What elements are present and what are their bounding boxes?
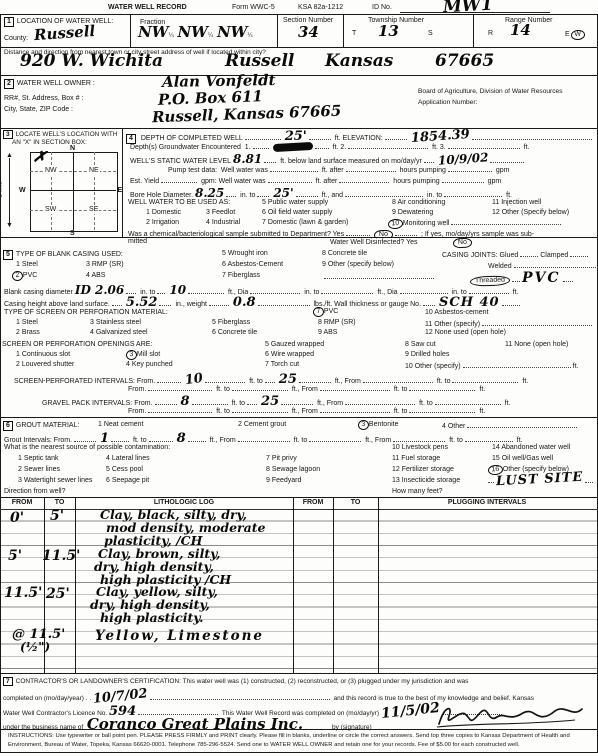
certification-line4: under the business name of Coranco Great…	[3, 716, 372, 733]
casing-option-9: 9 Other (specify below)	[322, 261, 394, 269]
opening-option-9: 9 Drilled holes	[405, 351, 449, 359]
contam-option-1: 1 Septic tank	[18, 455, 58, 463]
township-s: S	[428, 30, 433, 38]
contam-option-2: 2 Sewer lines	[18, 466, 60, 474]
est-yield-line: Est. Yield gpm: Well water was ft. after…	[130, 176, 501, 186]
grout-to-value: 8	[177, 431, 186, 446]
use-option-1: 1 Domestic	[146, 209, 181, 217]
contam-option-12: 12 Fertilizer storage	[392, 466, 454, 474]
screen-option-10: 10 Asbestos-cement	[425, 309, 488, 317]
mitted-line: mitted	[128, 238, 147, 246]
lith-row4-from-detail: (½")	[20, 640, 50, 654]
casing-option-1: 1 Steel	[16, 261, 38, 269]
joint-material-handwritten: PVC	[522, 270, 561, 286]
casing-option-2: 2PVC	[12, 271, 37, 281]
use-option-8: 8 Air conditioning	[392, 199, 445, 207]
rr-address-label: RR#, St. Address, Box # :	[4, 95, 83, 103]
county-label: County:	[4, 35, 28, 43]
dashed-line	[94, 152, 95, 230]
casing-option-5: 5 Wrought iron	[222, 250, 268, 258]
screen-option-9: 9 ABS	[318, 329, 337, 337]
contamination-question: What is the nearest source of possible c…	[4, 444, 170, 452]
screen-option-3: 3 Stainless steel	[90, 319, 141, 327]
screen-option-1: 1 Steel	[16, 319, 38, 327]
dashed-line	[30, 171, 116, 172]
opening-option-2: 2 Louvered shutter	[16, 361, 74, 369]
mile-arrow-up: ▲	[6, 152, 13, 160]
compass-s: S	[70, 230, 75, 238]
screen-option-7: 7PVC	[313, 307, 338, 317]
state-value: Kansas	[325, 52, 393, 72]
disinfected-no-circled: No	[452, 238, 471, 249]
casing-option-2-circle: 2	[12, 271, 24, 282]
bore-depth-value: 25'	[273, 186, 293, 200]
sec5-title: 5TYPE OF BLANK CASING USED:	[3, 250, 123, 260]
mile-label: 1 Mile	[0, 181, 4, 197]
use-option-10: 10Monitoring well	[388, 218, 563, 229]
use-title: WELL WATER TO BE USED AS:	[128, 199, 230, 207]
contam-option-4: 4 Lateral lines	[106, 455, 150, 463]
disinfected-line: Water Well Disinfected? Yes No	[330, 238, 472, 248]
fraction-1: NW	[138, 23, 169, 41]
screen-option-6: 6 Concrete tile	[212, 329, 257, 337]
range-ew: EW	[565, 30, 584, 40]
lith-row2-from: 5'	[8, 548, 22, 564]
opening-option-8: 8 Saw cut	[405, 341, 436, 349]
table-row-lines	[1, 509, 597, 673]
sec6-title: 6GROUT MATERIAL:	[3, 421, 79, 431]
casing-option-7: 7 Fiberglass	[222, 272, 260, 280]
gauge-value: SCH 40	[439, 295, 500, 310]
mile-arrow-line	[9, 158, 10, 224]
contam-option-8: 8 Sewage lagoon	[266, 466, 320, 474]
use-option-12: 12 Other (Specify below)	[492, 209, 569, 217]
opening-option-7: 7 Torch cut	[265, 361, 299, 369]
zip-value: 67665	[435, 52, 494, 72]
col-plugging-intervals: PLUGGING INTERVALS	[378, 499, 596, 506]
grout-option-1: 1 Neat cement	[98, 421, 144, 429]
sec2-number: 2	[4, 79, 14, 89]
sec3-number: 3	[3, 130, 13, 139]
casing-option-3: 3 RMP (SR)	[86, 261, 124, 269]
opening-option-1: 1 Continuous slot	[16, 351, 70, 359]
screen-option-8: 8 RMP (SR)	[318, 319, 356, 327]
quadrant-sw: SW	[44, 206, 57, 214]
screen-option-12: 12 None used (open hole)	[425, 329, 506, 337]
board-label: Board of Agriculture, Division of Water …	[418, 88, 563, 96]
sec6-number: 6	[3, 421, 13, 431]
opening-option-3-circle: 3	[126, 350, 138, 361]
form-number: Form WWC-5	[232, 4, 275, 12]
city-value: Russell	[225, 52, 294, 72]
opening-option-5: 5 Gauzed wrapped	[265, 341, 324, 349]
casing-height-value: 5.52	[126, 295, 158, 310]
contam-option-3: 3 Watertight sewer lines	[18, 477, 92, 485]
signature-scrawl	[435, 702, 585, 730]
opening-option-11: 11 None (open hole)	[505, 341, 568, 349]
gravel-intervals-line2: From. ft. to ft., From ft. to ft.	[128, 406, 485, 416]
lith-row4-text: Yellow, Limestone	[95, 628, 264, 644]
use-option-11: 11 Injection well	[492, 199, 541, 207]
sec1-number: 1	[4, 17, 14, 27]
use-option-5: 5 Public water supply	[262, 199, 328, 207]
mile-arrow-down: ▼	[6, 222, 13, 230]
grout-option-3-circle: 3	[358, 420, 370, 431]
contam-option-6: 6 Seepage pit	[106, 477, 149, 485]
screen-option-11: 11 Other (specify)	[425, 319, 594, 329]
compass-n: N	[70, 145, 75, 153]
range-w-circled: W	[570, 29, 584, 40]
grout-option-2: 2 Cement grout	[238, 421, 286, 429]
city-state-zip-label: City, State, ZIP Code :	[4, 106, 73, 114]
contam-option-9: 9 Feedyard	[266, 477, 301, 485]
screen-option-5: 5 Fiberglass	[212, 319, 250, 327]
casing-option-8: 8 Concrete tile	[322, 250, 367, 258]
lith-row3-from: 11.5'	[4, 585, 42, 601]
use-option-6: 6 Oil field water supply	[262, 209, 332, 217]
grout-option-4: 4 Other	[442, 421, 579, 431]
screen-intervals-line2: From. ft. to ft., From ft. to ft.	[128, 384, 485, 394]
use-option-4: 4 Industrial	[206, 219, 240, 227]
instructions-line1: INSTRUCTIONS: Use typewriter or ball poi…	[8, 733, 570, 740]
lith-row1-from: 0'	[10, 510, 24, 526]
fraction-2: NW	[177, 23, 208, 41]
bore-diameter-value: 8.25	[195, 186, 224, 200]
application-number-label: Application Number:	[418, 99, 477, 107]
owner-label: 2WATER WELL OWNER :	[4, 79, 95, 89]
certification-line1: 7CONTRACTOR'S OR LANDOWNER'S CERTIFICATI…	[3, 677, 468, 686]
dashed-line	[51, 152, 52, 230]
record-date-value: 11/5/02	[380, 700, 440, 722]
water-well-record-form: WATER WELL RECORD Form WWC-5 KSA 82a-121…	[0, 0, 598, 756]
fraction-3: NW	[217, 23, 248, 41]
sec3-title-2: AN "X" IN SECTION BOX:	[12, 139, 87, 146]
street-value: 920 W. Wichita	[20, 52, 163, 72]
casing-joints-line: CASING JOINTS: GluedClamped	[442, 250, 590, 260]
ksa-number: KSA 82a-1212	[298, 4, 343, 12]
col-from-1: FROM	[0, 499, 44, 506]
sec5-number: 5	[3, 250, 13, 260]
screen-material-title: TYPE OF SCREEN OR PERFORATION MATERIAL:	[4, 309, 168, 317]
lith-row1-to: 5'	[50, 508, 64, 524]
contam-option-5: 5 Cess pool	[106, 466, 143, 474]
quadrant-nw: NW	[44, 167, 58, 175]
range-value: 14	[510, 22, 531, 39]
section-x-mark: ✗	[32, 147, 48, 167]
contam-option-15: 15 Oil well/Gas well	[492, 455, 553, 463]
openings-title: SCREEN OR PERFORATION OPENINGS ARE:	[2, 341, 152, 349]
opening-option-3: 3Mill slot	[126, 350, 160, 360]
contam-option-10: 10 Livestock pens	[392, 444, 448, 452]
screen-option-7-circle: 7	[313, 307, 325, 318]
lith-row2-text: Clay, brown, silty, dry, high density, h…	[98, 547, 231, 586]
how-many-feet-question: How many feet?	[392, 488, 443, 496]
col-lithologic-log: LITHOLOGIC LOG	[75, 499, 293, 506]
lith-row2-to: 11.5'	[42, 548, 80, 564]
redacted-scribble	[272, 142, 312, 152]
opening-option-4: 4 Key punched	[126, 361, 173, 369]
casing-option-6: 6 Asbestos-Cement	[222, 261, 283, 269]
casing-other-dots	[322, 272, 436, 282]
compass-e: E	[118, 187, 123, 195]
lith-row3-text: Clay, yellow, silty, dry, high density, …	[96, 585, 218, 624]
contam-option-11: 11 Fuel storage	[392, 455, 440, 463]
casing-weight-value: 0.8	[233, 295, 256, 310]
id-label: ID No.	[372, 4, 392, 12]
business-name-value: Coranco Great Plains Inc.	[87, 715, 303, 733]
use-option-3: 3 Feedlot	[206, 209, 235, 217]
quadrant-se: SE	[88, 206, 99, 214]
grout-option-3: 3Bentonite	[358, 420, 399, 430]
sec3-title-1: 3LOCATE WELL'S LOCATION WITH	[3, 130, 117, 139]
col-to-1: TO	[44, 499, 75, 506]
fraction-values: NW¼ NW¼ NW¼	[138, 24, 253, 41]
use-option-2: 2 Irrigation	[146, 219, 179, 227]
screen-option-4: 4 Galvanized steel	[90, 329, 148, 337]
section-number-value: 34	[298, 24, 319, 41]
contam-option-13: 13 Insecticide storage	[392, 477, 460, 485]
contam-option-14: 14 Abandoned water well	[492, 444, 570, 452]
sec7-number: 7	[3, 677, 13, 686]
pump-test-line: Pump test data: Well water was ft. after…	[168, 165, 509, 175]
opening-option-10: 10 Other (specify)ft.	[405, 361, 578, 371]
township-t: T	[352, 30, 356, 38]
opening-option-6: 6 Wire wrapped	[265, 351, 314, 359]
form-title: WATER WELL RECORD	[108, 4, 187, 12]
casing-depth-value: 10	[169, 283, 186, 297]
dashed-line	[30, 210, 116, 211]
range-r: R	[488, 30, 493, 38]
col-to-2: TO	[333, 499, 378, 506]
lith-row1-text: Clay, black, silty, dry, mod density, mo…	[100, 508, 265, 547]
compass-w: W	[19, 187, 26, 195]
use-option-9: 9 Dewatering	[392, 209, 433, 217]
contam-other-value: LUST SITE	[486, 473, 595, 488]
col-from-2: FROM	[293, 499, 333, 506]
use-option-7: 7 Domestic (lawn & garden)	[262, 219, 348, 227]
casing-option-4: 4 ABS	[86, 272, 105, 280]
quadrant-ne: NE	[88, 167, 100, 175]
lith-row3-to: 25'	[46, 586, 70, 602]
direction-question: Direction from well?	[4, 488, 65, 496]
township-value: 13	[378, 23, 399, 40]
contam-option-7: 7 Pit privy	[266, 455, 297, 463]
screen-option-2: 2 Brass	[16, 329, 40, 337]
casing-diameter-value: ID 2.06	[75, 283, 124, 297]
instructions-line2: Environment, Bureau of Water, Topeka, Ka…	[8, 742, 519, 749]
